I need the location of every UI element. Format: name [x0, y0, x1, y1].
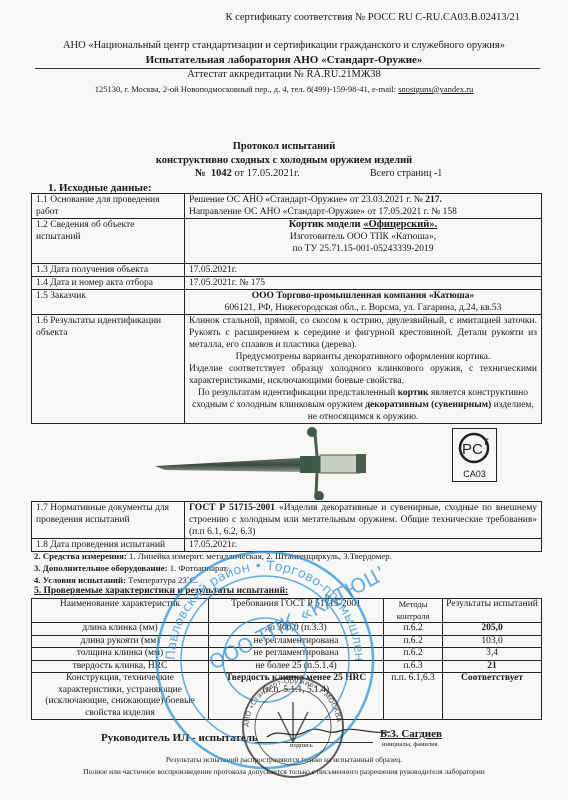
- row-value: 17.05.2021г. № 175: [185, 277, 542, 290]
- basis-line-1: Решение ОС АНО «Стандарт-Оружие» от 23.0…: [189, 195, 425, 205]
- results-table: Наименование характеристик Требования ГО…: [31, 598, 542, 720]
- page-count: Всего страниц -1: [370, 168, 442, 179]
- cell-requirement: до 300,0 (п.3.3): [209, 623, 384, 636]
- organization-name: АНО «Национальный центр стандартизации и…: [0, 40, 568, 51]
- signatory-role: Руководитель ИЛ - испытатель: [101, 732, 258, 744]
- table-header-row: Наименование характеристик Требования ГО…: [32, 599, 542, 623]
- section-5-heading: 5. Проверяемые характеристики и результа…: [34, 586, 288, 596]
- cell-requirement: не регламентирована: [209, 635, 384, 648]
- signatory-name: Б.З. Сагдиев: [380, 728, 442, 740]
- row-label: 1.2 Сведения об объекте испытаний: [32, 219, 185, 264]
- table-row: 1.8 Дата проведения испытаний 17.05.2021…: [32, 539, 542, 552]
- row-label: 1.8 Дата проведения испытаний: [32, 539, 185, 552]
- row-value: Клинок стальной, прямой, со скосом к ост…: [185, 315, 542, 424]
- accreditation: Аттестат аккредитации № RA.RU.21МЖ38: [0, 69, 568, 80]
- cell-name: Конструкция, технические характеристики,…: [32, 673, 209, 720]
- protocol-subtitle: конструктивно сходных с холодным оружием…: [0, 155, 568, 166]
- basis-line-2: Направление ОС АНО «Стандарт-Оружие» от …: [189, 206, 537, 218]
- cell-result: 103,0: [443, 635, 542, 648]
- handwritten-signature: [265, 722, 395, 744]
- svg-text:T: T: [483, 437, 489, 447]
- svg-text:PC: PC: [462, 441, 483, 458]
- row-label: 1.1 Основание для проведения работ: [32, 194, 185, 219]
- row-value: ООО Торгово-промышленная компания «Катюш…: [185, 290, 542, 315]
- normative-table: 1.7 Нормативные документы для проведения…: [31, 501, 542, 552]
- cell-name: толщина клинка (мм): [32, 648, 209, 661]
- row-label: 1.6 Результаты идентификации объекта: [32, 315, 185, 424]
- dagger-image: [140, 420, 370, 500]
- header-requirements: Требования ГОСТ Р 51715-2001: [209, 599, 384, 623]
- row-value: ГОСТ Р 51715-2001 «Изделия декоративные …: [185, 502, 542, 539]
- email-link[interactable]: snostguns@yandex.ru: [398, 84, 473, 94]
- cell-requirement: не регламентирована: [209, 648, 384, 661]
- number-sign: №: [195, 168, 206, 179]
- additional-equipment: 3. Дополнительное оборудование: 1. Фотоа…: [34, 563, 228, 573]
- cell-name: длина рукояти (мм): [32, 635, 209, 648]
- test-conditions: 4. Условия испытаний: Температура 23˚С.: [34, 575, 198, 585]
- laboratory-name: Испытательная лаборатория АНО «Стандарт-…: [0, 54, 568, 66]
- header-name: Наименование характеристик: [32, 599, 209, 623]
- number-value: 1042: [211, 168, 232, 179]
- footer-note-2: Полное или частичное воспроизведение про…: [0, 767, 568, 776]
- identification-paragraph-3: Изделие соответствует образцу холодного …: [189, 363, 537, 387]
- row-label: 1.4 Дата и номер акта отбора: [32, 277, 185, 290]
- identification-conclusion: По результатам идентификации представлен…: [189, 387, 537, 423]
- row-label: 1.3 Дата получения объекта: [32, 264, 185, 277]
- customer-company: ООО Торгово-промышленная компания «Катюш…: [189, 290, 537, 302]
- cell-result: 21: [443, 660, 542, 673]
- table-row: 1.5 Заказчик ООО Торгово-промышленная ко…: [32, 290, 542, 315]
- identification-paragraph-1: Клинок стальной, прямой, со скосом к ост…: [189, 315, 537, 351]
- header-results: Результаты испытаний: [443, 599, 542, 623]
- cell-method: п.п. 6.1,6.3: [384, 673, 443, 720]
- customer-address: 606121, РФ, Нижегородская обл., г. Ворсм…: [189, 302, 537, 314]
- cell-requirement: не более 25 (п.5.1.4): [209, 660, 384, 673]
- protocol-date: от 17.05.2021г.: [234, 168, 299, 179]
- certification-mark: PC T CA03: [452, 428, 497, 482]
- header-methods: Методы контроля: [384, 599, 443, 623]
- address-text: 125130, г. Москва, 2-ой Новоподмосковный…: [95, 84, 399, 94]
- table-row: 1.4 Дата и номер акта отбора 17.05.2021г…: [32, 277, 542, 290]
- table-row: Конструкция, технические характеристики,…: [32, 673, 542, 720]
- row-value: Решение ОС АНО «Стандарт-Оружие» от 23.0…: [185, 194, 542, 219]
- table-row: 1.1 Основание для проведения работ Решен…: [32, 194, 542, 219]
- table-row: длина клинка (мм) до 300,0 (п.3.3) п.6.2…: [32, 623, 542, 636]
- source-data-table: 1.1 Основание для проведения работ Решен…: [31, 193, 542, 424]
- name-caption: инициалы, фамилия: [382, 741, 438, 748]
- protocol-title: Протокол испытаний: [0, 141, 568, 152]
- cell-result: Соответствует: [443, 673, 542, 720]
- cell-result: 3,4: [443, 648, 542, 661]
- protocol-number: № 1042 от 17.05.2021г.: [195, 168, 300, 179]
- table-row: 1.2 Сведения об объекте испытаний Кортик…: [32, 219, 542, 264]
- table-row: твердость клинка, HRC не более 25 (п.5.1…: [32, 660, 542, 673]
- cell-method: п.6.2: [384, 623, 443, 636]
- table-row: 1.6 Результаты идентификации объекта Кли…: [32, 315, 542, 424]
- manufacturer: Изготовитель ООО ТПК «Катюша»,: [189, 231, 537, 243]
- mark-label: CA03: [453, 469, 496, 479]
- table-row: 1.7 Нормативные документы для проведения…: [32, 502, 542, 539]
- cell-requirement: Твердость клинка менее 25 HRC(п.п. 5.1.1…: [209, 673, 384, 720]
- model-name: «Офицерский».: [363, 219, 437, 230]
- table-row: длина рукояти (мм) не регламентирована п…: [32, 635, 542, 648]
- cell-result: 205,0: [443, 623, 542, 636]
- row-label: 1.7 Нормативные документы для проведения…: [32, 502, 185, 539]
- cell-name: длина клинка (мм): [32, 623, 209, 636]
- model-prefix: Кортик модели: [289, 219, 363, 230]
- decision-number: 217.: [425, 195, 442, 205]
- cell-method: п.6.3: [384, 660, 443, 673]
- gost-code: ГОСТ Р 51715-2001: [189, 503, 275, 513]
- measuring-instruments: 2. Средства измерения: 1. Линейка измери…: [34, 551, 392, 561]
- technical-spec: по ТУ 25.71.15-001-05243339-2019: [189, 243, 537, 255]
- rst-logo-icon: PC T: [453, 429, 496, 467]
- row-value: 17.05.2021г.: [185, 264, 542, 277]
- identification-paragraph-2: Предусмотрены варианты декоративного офо…: [189, 351, 537, 363]
- row-label: 1.5 Заказчик: [32, 290, 185, 315]
- table-row: толщина клинка (мм) не регламентирована …: [32, 648, 542, 661]
- row-value: Кортик модели «Офицерский». Изготовитель…: [185, 219, 542, 264]
- cell-name: твердость клинка, HRC: [32, 660, 209, 673]
- cell-method: п.6.2: [384, 648, 443, 661]
- footer-note-1: Результаты испытаний распространяются то…: [0, 755, 568, 764]
- certificate-reference: К сертификату соответствия № РОСС RU C-R…: [225, 12, 520, 23]
- cell-method: п.6.2: [384, 635, 443, 648]
- row-value: 17.05.2021г.: [185, 539, 542, 552]
- table-row: 1.3 Дата получения объекта 17.05.2021г.: [32, 264, 542, 277]
- lab-address: 125130, г. Москва, 2-ой Новоподмосковный…: [0, 84, 568, 94]
